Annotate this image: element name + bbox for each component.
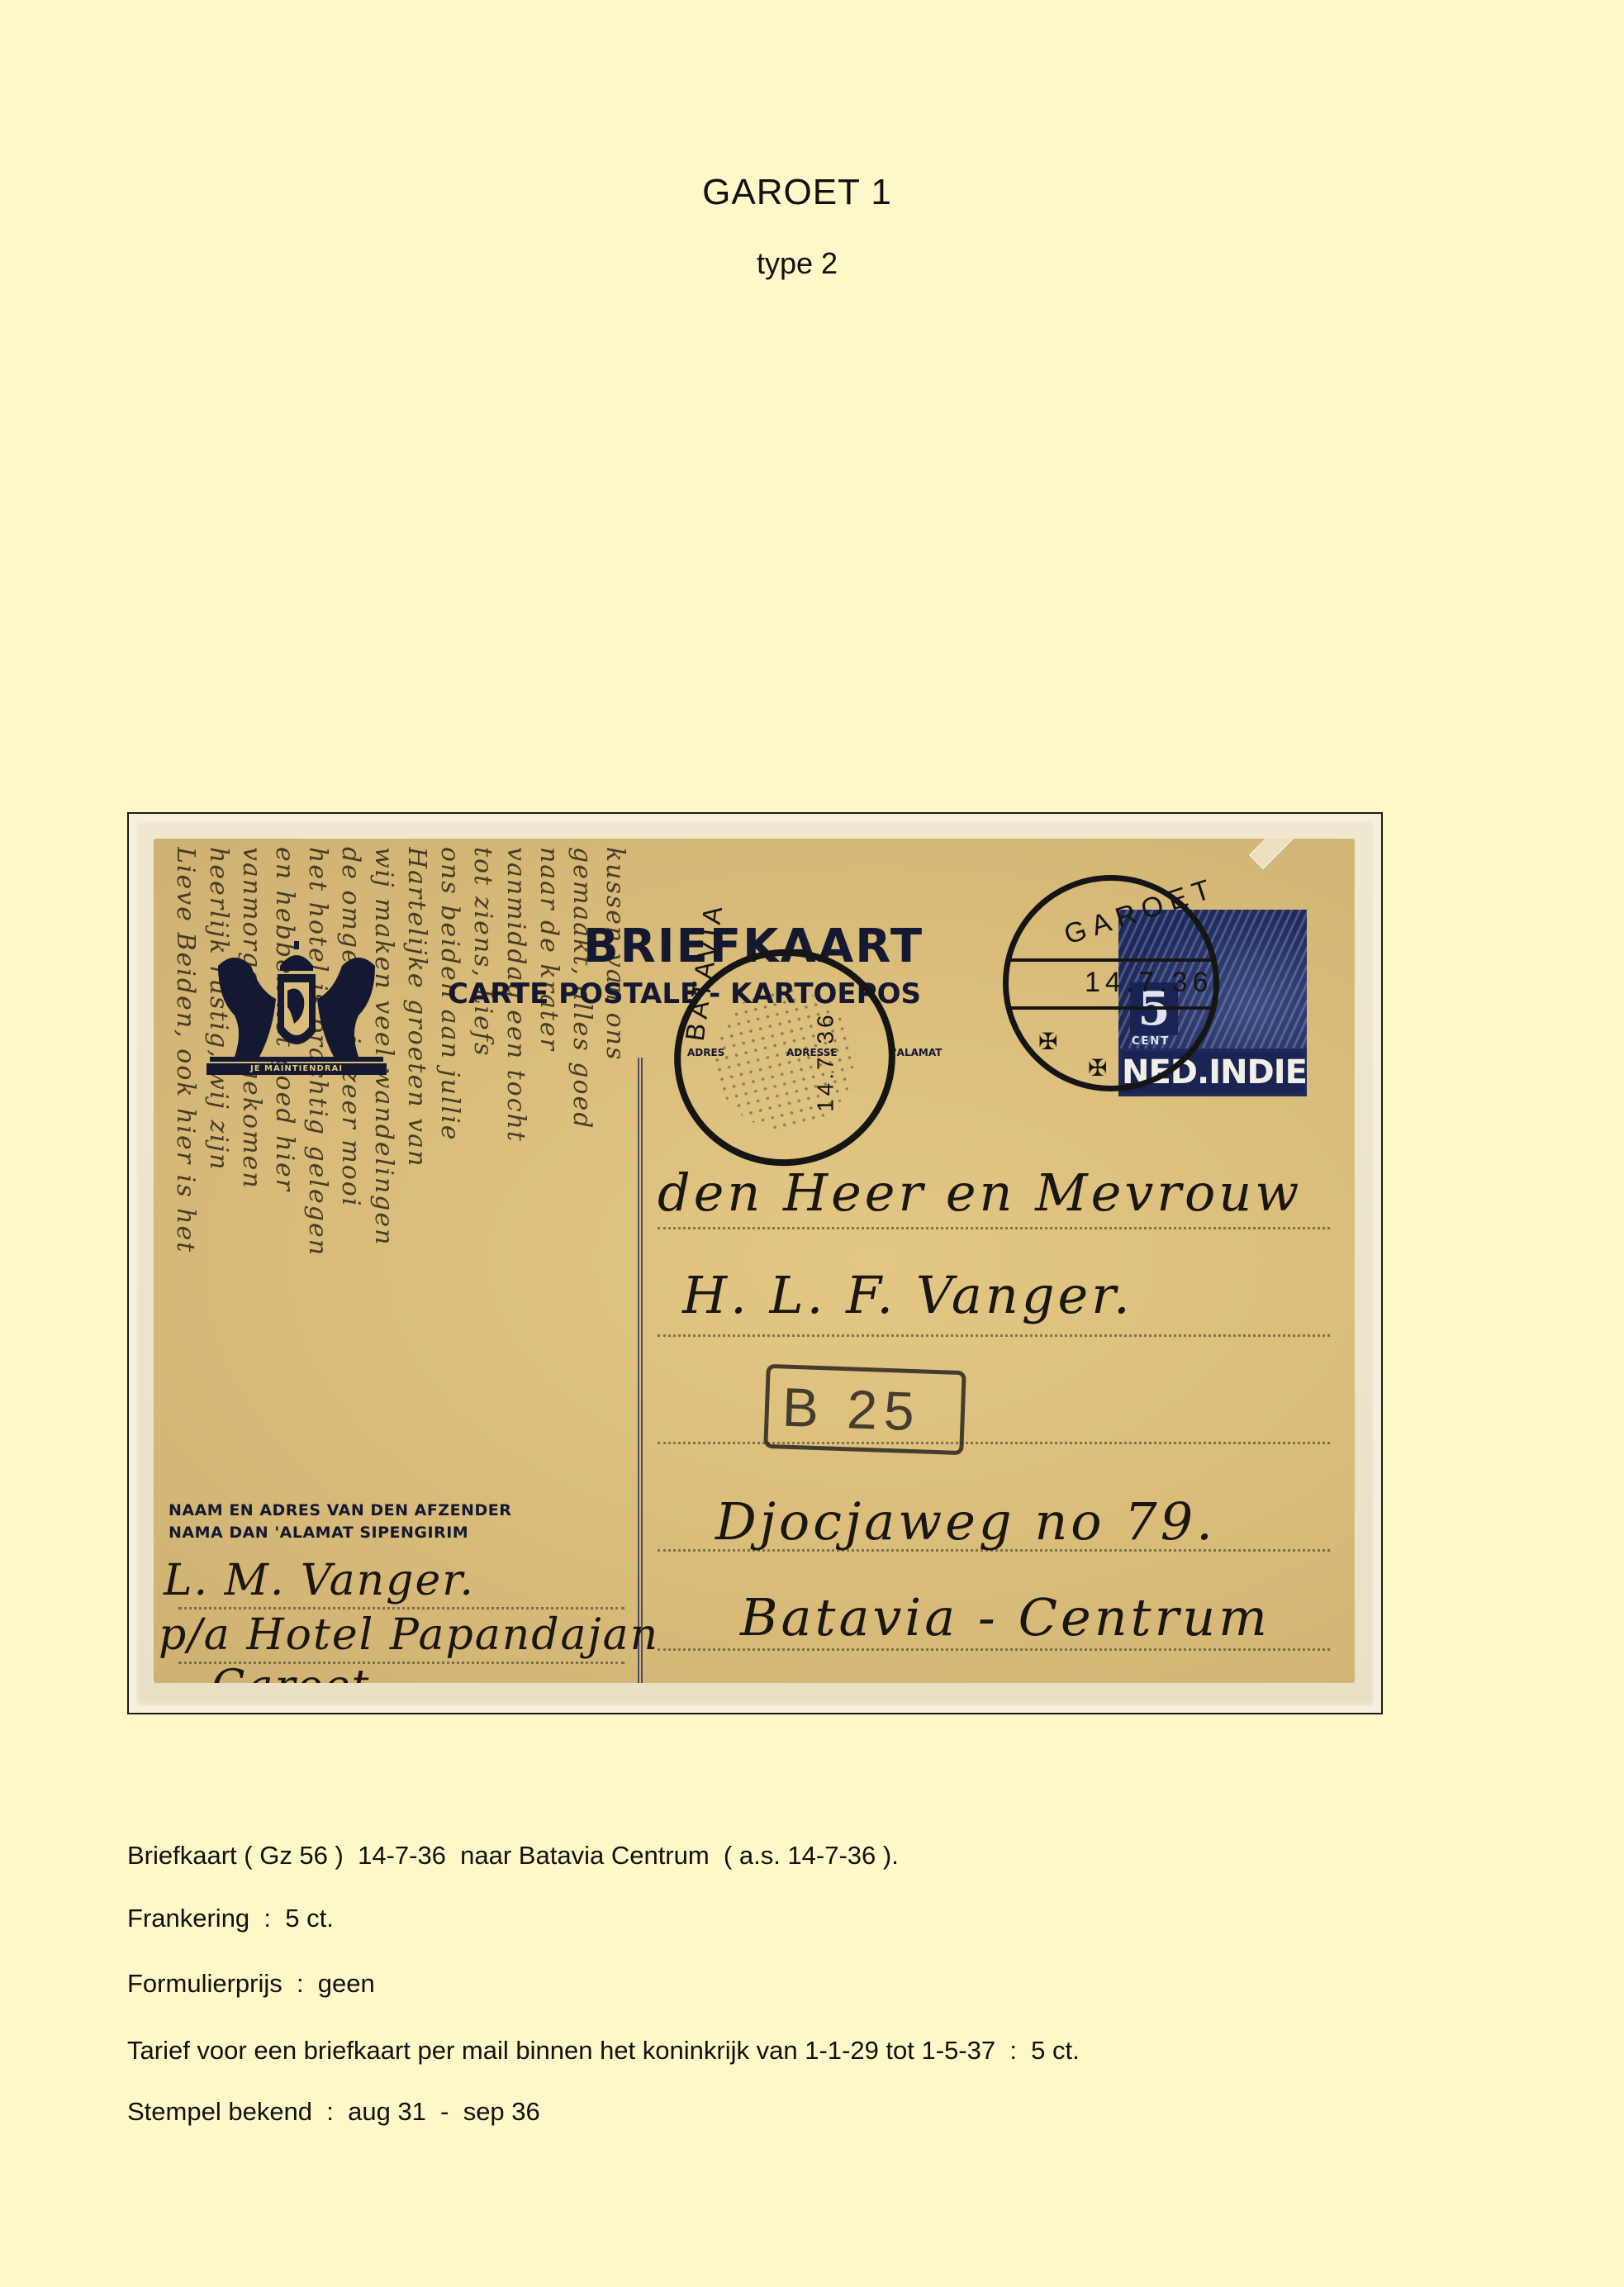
sender-line-1: L. M. Vanger.	[164, 1556, 475, 1605]
cross-icon: ✠	[1038, 1028, 1057, 1055]
card-divider	[638, 1058, 643, 1683]
origin-postmark: GAROET 14.7.36 ✠ ✠	[1003, 875, 1219, 1091]
origin-postmark-date: 14.7.36	[1085, 967, 1213, 999]
description-line-3: Formulierprijs : geen	[127, 1969, 375, 1999]
address-label-my: 'ALAMAT	[894, 1047, 942, 1058]
album-mount-frame: Lieve Beiden, ook hier is hetheerlijk ru…	[127, 812, 1383, 1714]
sleeve-clip	[1249, 839, 1297, 869]
sender-line	[178, 1607, 624, 1609]
sender-label-my: NAMA DAN 'ALAMAT SIPENGIRIM	[169, 1522, 511, 1544]
description-line-5: Stempel bekend : aug 31 - sep 36	[127, 2097, 540, 2127]
postcard: Lieve Beiden, ook hier is hetheerlijk ru…	[154, 839, 1355, 1683]
recipient-line-1: den Heer en Mevrouw	[658, 1163, 1302, 1223]
page-subtitle: type 2	[0, 246, 1594, 281]
address-line	[658, 1227, 1330, 1229]
page-title: GAROET 1	[0, 172, 1594, 213]
sender-line-2: p/a Hotel Papandajan	[159, 1610, 659, 1660]
coat-of-arms-icon	[202, 941, 392, 1082]
box-cancel: B 25	[763, 1364, 966, 1455]
address-line	[658, 1334, 1330, 1337]
address-line	[658, 1442, 1330, 1444]
recipient-line-3: Djocjaweg no 79.	[715, 1491, 1216, 1552]
arrival-postmark-date: 14.7.36	[812, 1011, 838, 1111]
cross-icon: ✠	[1088, 1054, 1107, 1082]
protective-sleeve: Lieve Beiden, ook hier is hetheerlijk ru…	[135, 820, 1375, 1706]
sender-line-3: Garoet.	[211, 1662, 386, 1683]
recipient-line-4: Batavia - Centrum	[740, 1587, 1270, 1647]
recipient-line-2: H. L. F. Vanger.	[682, 1265, 1133, 1325]
description-line-2: Frankering : 5 ct.	[127, 1904, 334, 1933]
description-line-1: Briefkaart ( Gz 56 ) 14-7-36 naar Batavi…	[127, 1841, 899, 1871]
postmark-dot-pattern	[699, 974, 869, 1144]
sender-label-nl: NAAM EN ADRES VAN DEN AFZENDER	[169, 1500, 511, 1522]
description-line-4: Tarief voor een briefkaart per mail binn…	[127, 2036, 1080, 2066]
address-line	[658, 1648, 1330, 1651]
sender-label: NAAM EN ADRES VAN DEN AFZENDER NAMA DAN …	[169, 1500, 511, 1544]
coat-of-arms-motto: JE MAINTIENDRAI	[207, 1063, 387, 1075]
